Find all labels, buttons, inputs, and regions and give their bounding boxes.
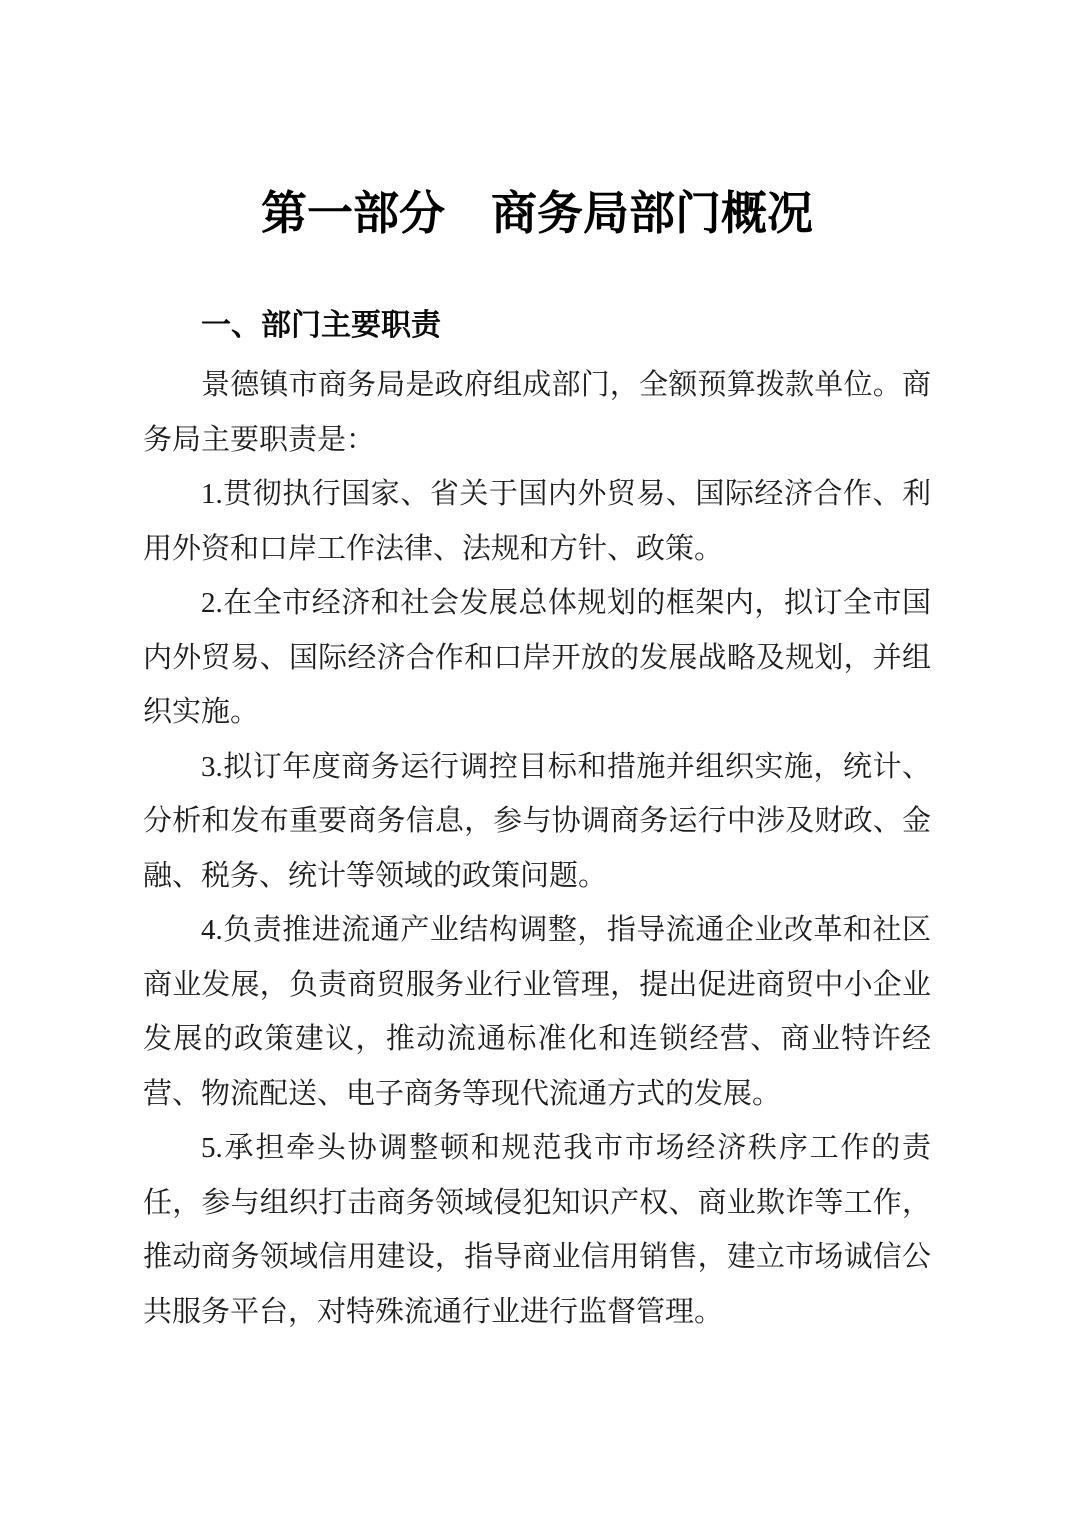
paragraph-item-3: 3.拟订年度商务运行调控目标和措施并组织实施，统计、分析和发布重要商务信息，参与… <box>143 740 931 904</box>
paragraph-item-5: 5.承担牵头协调整顿和规范我市市场经济秩序工作的责任，参与组织打击商务领域侵犯知… <box>143 1121 931 1339</box>
paragraph-intro: 景德镇市商务局是政府组成部门，全额预算拨款单位。商务局主要职责是： <box>143 358 931 467</box>
document-title: 第一部分 商务局部门概况 <box>143 186 931 242</box>
document-page: 第一部分 商务局部门概况 一、部门主要职责 景德镇市商务局是政府组成部门，全额预… <box>0 0 1074 1520</box>
paragraph-item-2: 2.在全市经济和社会发展总体规划的框架内，拟订全市国内外贸易、国际经济合作和口岸… <box>143 576 931 740</box>
paragraph-item-4: 4.负责推进流通产业结构调整，指导流通企业改革和社区商业发展，负责商贸服务业行业… <box>143 903 931 1121</box>
section-heading: 一、部门主要职责 <box>143 308 931 344</box>
paragraph-item-1: 1.贯彻执行国家、省关于国内外贸易、国际经济合作、利用外资和口岸工作法律、法规和… <box>143 467 931 576</box>
section-body: 景德镇市商务局是政府组成部门，全额预算拨款单位。商务局主要职责是： 1.贯彻执行… <box>143 358 931 1339</box>
